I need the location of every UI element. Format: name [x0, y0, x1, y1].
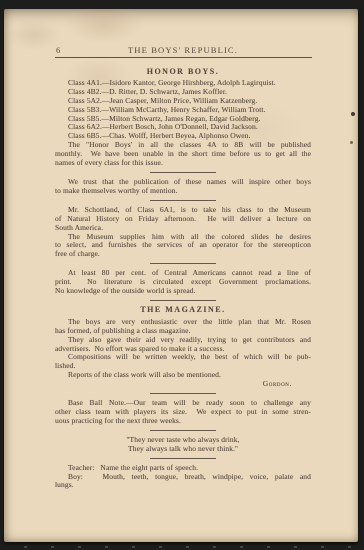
- section-heading: THE MAGAZINE.: [55, 306, 311, 315]
- paragraph: Boy: Mouth, teeth, tongue, breath, windp…: [55, 473, 311, 491]
- section-divider: [150, 263, 216, 264]
- running-header: 6 THE BOYS' REPUBLIC.: [55, 45, 311, 56]
- paragraph: The Museum supplies him with all the col…: [55, 233, 311, 260]
- section-divider: [150, 430, 216, 431]
- paragraph: At least 80 per cent. of Central America…: [55, 269, 311, 296]
- section-divider: [150, 300, 216, 301]
- verse-quote: "They never taste who always drink,They …: [55, 436, 311, 454]
- photo-background: 6 THE BOYS' REPUBLIC. HONOR BOYS.Class 4…: [0, 0, 364, 550]
- document-page: 6 THE BOYS' REPUBLIC. HONOR BOYS.Class 4…: [4, 9, 358, 542]
- section-divider: [150, 200, 216, 201]
- paper-speck: [351, 112, 355, 116]
- page-content: HONOR BOYS.Class 4A1.—Isidore Kantor, Ge…: [55, 66, 311, 490]
- section-heading: HONOR BOYS.: [55, 68, 311, 77]
- author-signature: Gordon.: [55, 380, 311, 389]
- text-line: names of every class for this issue.: [55, 159, 311, 168]
- text-line: lungs.: [55, 481, 311, 490]
- text-line: Compositions will be written weekly, the…: [55, 353, 311, 362]
- text-line: to make themselves worthy of mention.: [55, 187, 311, 196]
- publication-title: THE BOYS' REPUBLIC.: [55, 45, 311, 55]
- paper-speck: [350, 141, 353, 144]
- section-divider: [150, 458, 216, 459]
- section-divider: [150, 393, 216, 394]
- paragraph: The boys are very enthusiastic over the …: [55, 318, 311, 336]
- honor-class-list: Class 4A1.—Isidore Kantor, George Hirshb…: [55, 79, 311, 141]
- section-divider: [150, 172, 216, 173]
- text-line: Boy: Mouth, teeth, tongue, breath, windp…: [55, 473, 311, 482]
- text-line: No knowledge of the outside world is spr…: [55, 287, 311, 296]
- text-line: They always talk who never think.'': [55, 445, 311, 454]
- text-line: uous practicing for the next three weeks…: [55, 417, 311, 426]
- header-rule: [55, 57, 312, 58]
- paragraph: The "Honor Boys' in all the classes 4A t…: [55, 141, 311, 168]
- film-edge-dots: [0, 546, 364, 548]
- paragraph: Base Ball Note.—Our team will be ready s…: [55, 399, 311, 426]
- text-line: free of charge.: [55, 250, 311, 259]
- paragraph: Mr. Schottland, of Class 6A1, is to take…: [55, 206, 311, 233]
- paragraph: They also gave their aid very readily, t…: [55, 336, 311, 354]
- page-number: 6: [56, 45, 61, 55]
- paragraph: We trust that the publication of these n…: [55, 178, 311, 196]
- paragraph: Compositions will be written weekly, the…: [55, 353, 311, 371]
